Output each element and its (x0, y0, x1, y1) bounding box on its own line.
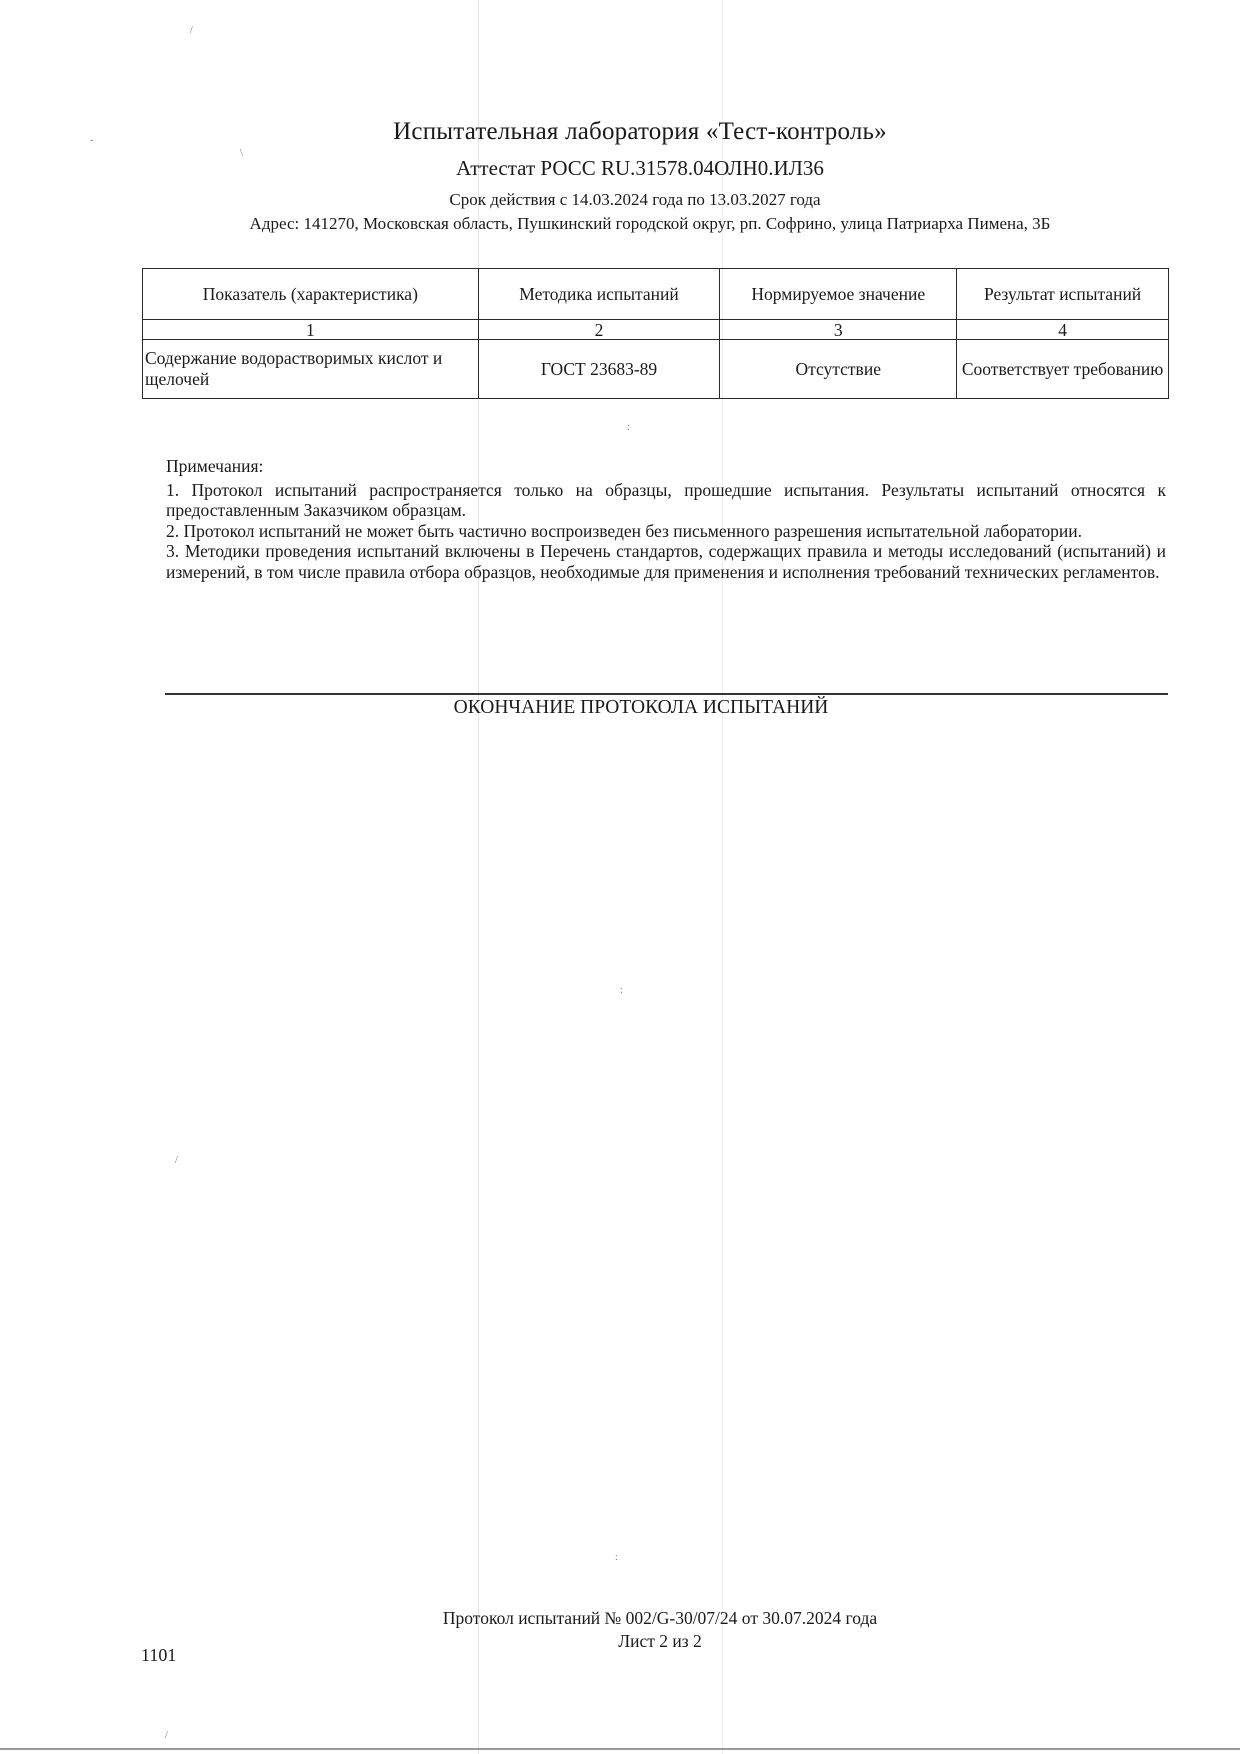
cell-method: ГОСТ 23683-89 (478, 340, 720, 399)
table-header-row: Показатель (характеристика) Методика исп… (143, 269, 1169, 320)
validity-period: Срок действия с 14.03.2024 года по 13.03… (0, 190, 1240, 210)
header-result: Результат испытаний (957, 269, 1169, 320)
scan-edge (0, 1748, 1240, 1750)
cell-result: Соответствует требованию (957, 340, 1169, 399)
column-number: 2 (478, 320, 720, 340)
note-item: 3. Методики проведения испытаний включен… (166, 541, 1166, 582)
table-row: Содержание водорастворимых кислот и щело… (143, 340, 1169, 399)
scan-speck: / (165, 1730, 168, 1741)
column-number: 1 (143, 320, 479, 340)
attestat-number: Аттестат РОСС RU.31578.04ОЛН0.ИЛ36 (0, 156, 1240, 181)
notes-heading: Примечания: (166, 456, 1166, 477)
header-norm: Нормируемое значение (720, 269, 957, 320)
column-number-row: 1 2 3 4 (143, 320, 1169, 340)
scan-speck: : (627, 422, 630, 433)
column-number: 4 (957, 320, 1169, 340)
scan-artifact-line (478, 0, 479, 1754)
cell-norm: Отсутствие (720, 340, 957, 399)
scan-speck: / (175, 1155, 178, 1166)
scan-artifact-line (722, 0, 723, 1754)
scan-speck: : (620, 985, 623, 996)
note-item: 1. Протокол испытаний распространяется т… (166, 480, 1166, 521)
notes-section: Примечания: 1. Протокол испытаний распро… (166, 456, 1166, 582)
end-of-protocol-label: ОКОНЧАНИЕ ПРОТОКОЛА ИСПЫТАНИЙ (0, 697, 1240, 719)
footer-protocol-number: Протокол испытаний № 002/G-30/07/24 от 3… (0, 1608, 1240, 1629)
results-table: Показатель (характеристика) Методика исп… (142, 268, 1169, 399)
note-item: 2. Протокол испытаний не может быть част… (166, 521, 1166, 542)
page-code: 1101 (141, 1645, 176, 1666)
lab-title: Испытательная лаборатория «Тест-контроль… (0, 118, 1240, 146)
divider (165, 693, 1168, 695)
footer-sheet-number: Лист 2 из 2 (0, 1631, 1240, 1652)
column-number: 3 (720, 320, 957, 340)
lab-address: Адрес: 141270, Московская область, Пушки… (150, 213, 1150, 234)
header-method: Методика испытаний (478, 269, 720, 320)
scan-speck: / (190, 25, 193, 36)
header-indicator: Показатель (характеристика) (143, 269, 479, 320)
scan-speck: : (615, 1552, 618, 1563)
cell-indicator: Содержание водорастворимых кислот и щело… (143, 340, 479, 399)
